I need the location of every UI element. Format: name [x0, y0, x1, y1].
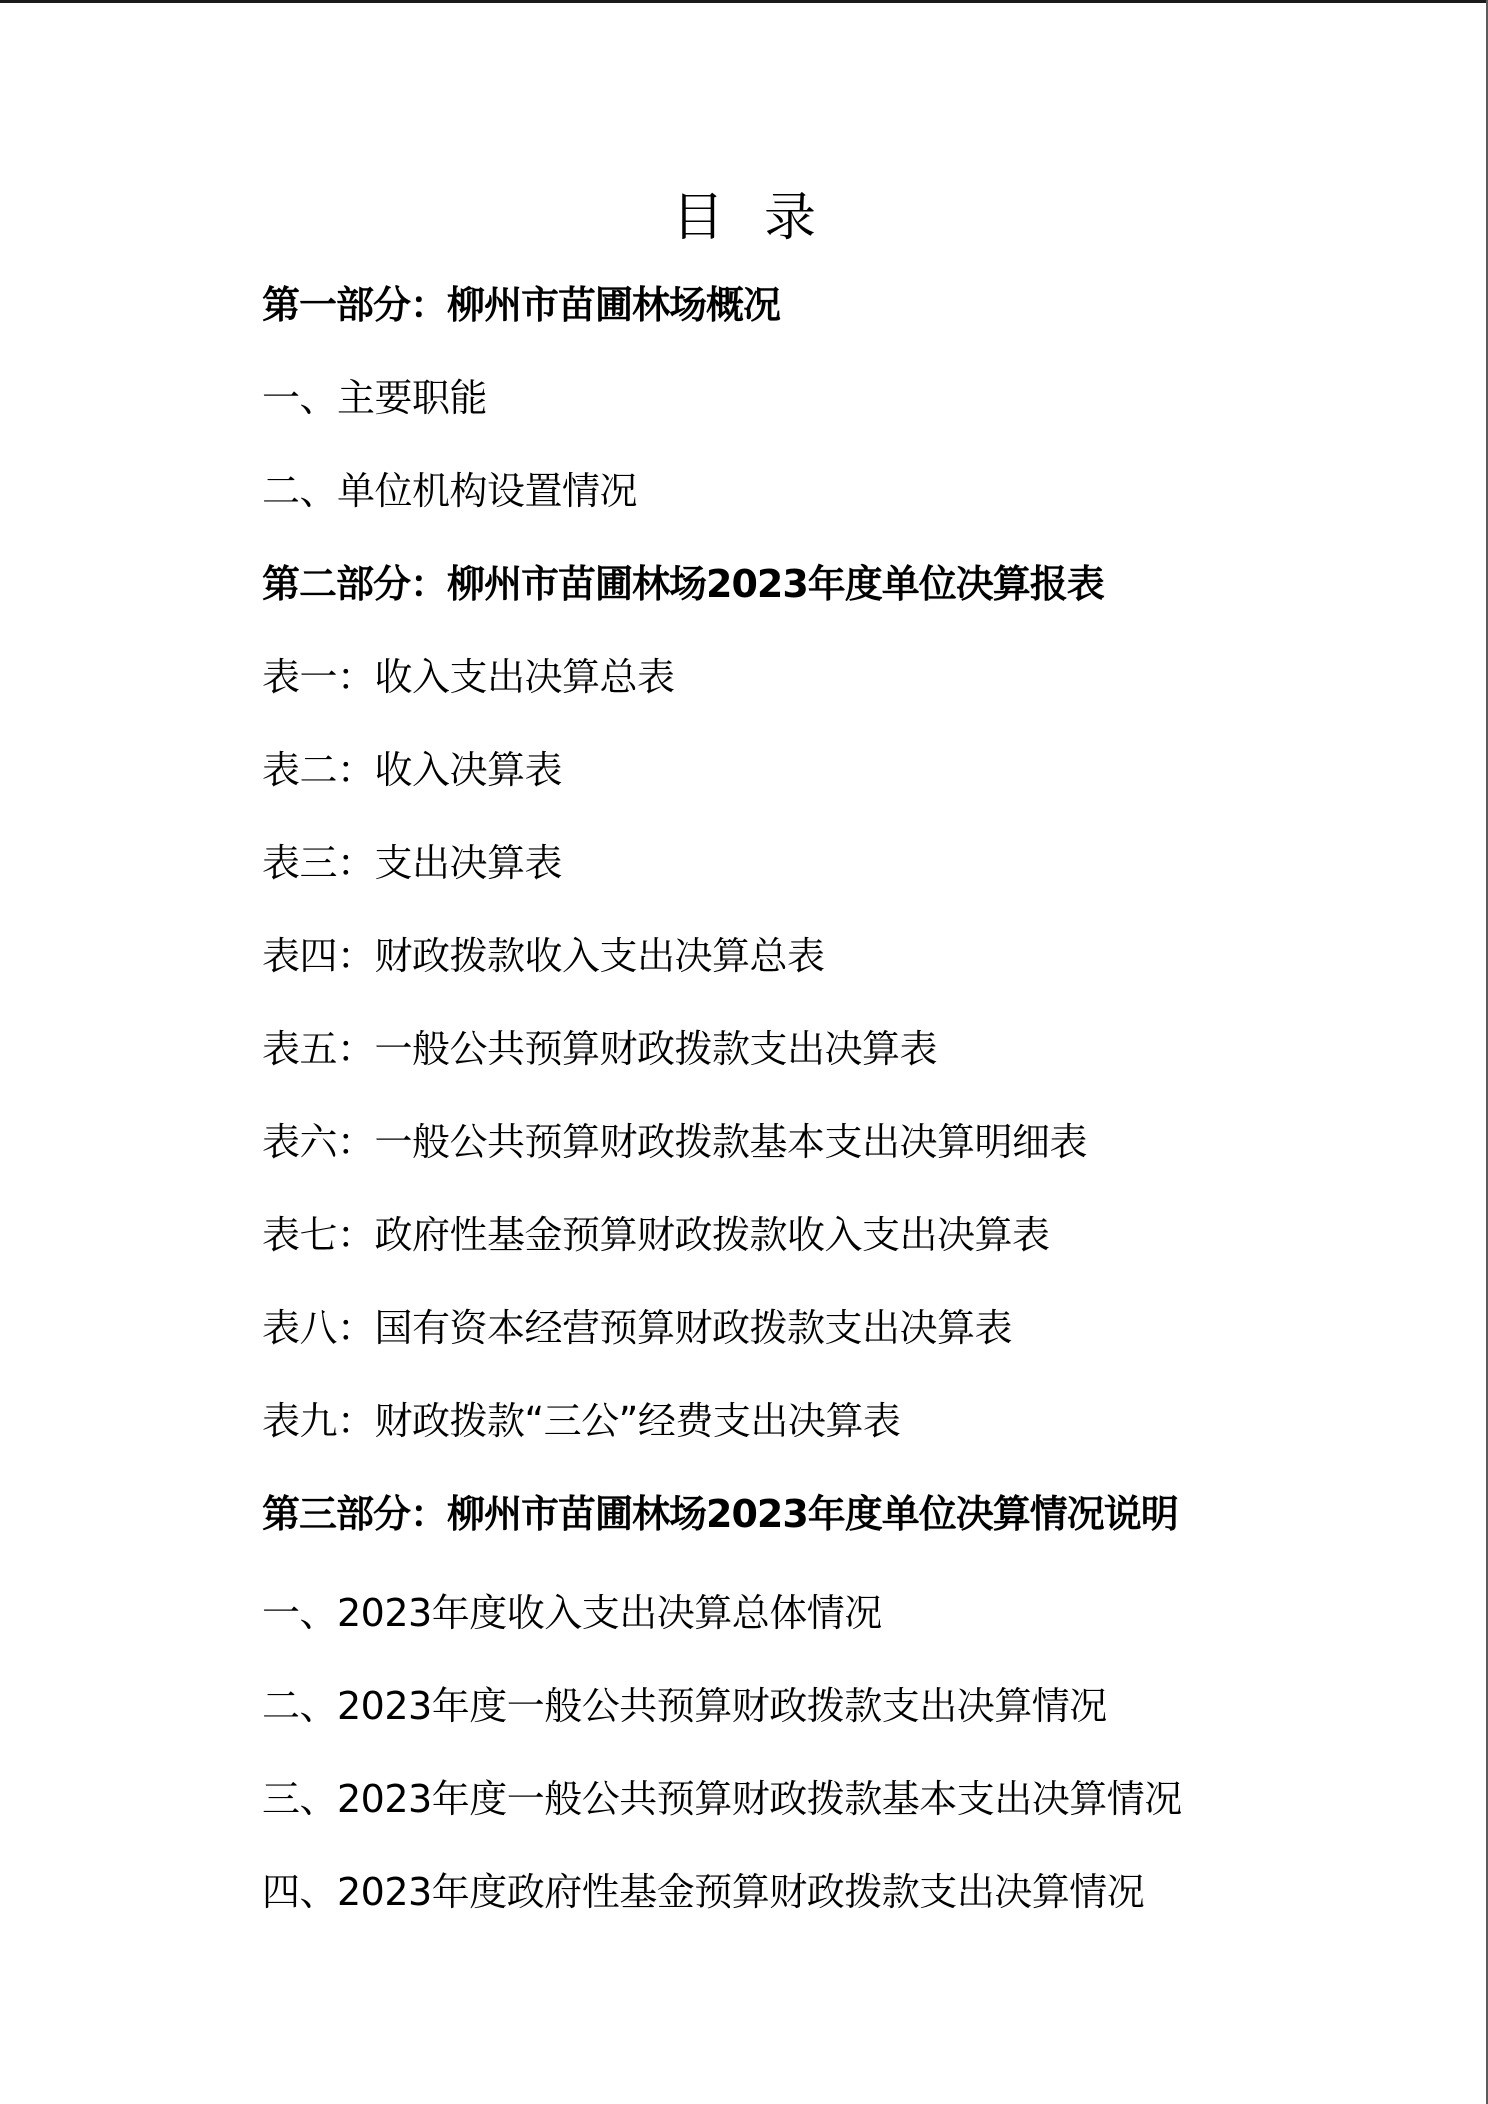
toc-item[interactable]: 表六：一般公共预算财政拨款基本支出决算明细表 [178, 1113, 1190, 1172]
toc-item[interactable]: 表八：国有资本经营预算财政拨款支出决算表 [178, 1299, 1190, 1358]
toc-item[interactable]: 三、2023年度一般公共预算财政拨款基本支出决算情况 [178, 1770, 1190, 1829]
toc-item[interactable]: 表九：财政拨款“三公”经费支出决算表 [178, 1392, 1190, 1451]
toc-item[interactable]: 一、主要职能 [178, 369, 1190, 428]
page-title: 目录 [0, 185, 1488, 251]
toc-heading-part-1[interactable]: 第一部分：柳州市苗圃林场概况 [178, 276, 1190, 335]
toc-item[interactable]: 四、2023年度政府性基金预算财政拨款支出决算情况 [178, 1863, 1190, 1922]
table-of-contents: 第一部分：柳州市苗圃林场概况 一、主要职能 二、单位机构设置情况 第二部分：柳州… [178, 276, 1190, 1956]
toc-item[interactable]: 表四：财政拨款收入支出决算总表 [178, 927, 1190, 986]
toc-item[interactable]: 表一：收入支出决算总表 [178, 648, 1190, 707]
document-page: 目录 第一部分：柳州市苗圃林场概况 一、主要职能 二、单位机构设置情况 第二部分… [0, 0, 1488, 2104]
toc-item[interactable]: 表三：支出决算表 [178, 834, 1190, 893]
toc-heading-part-2[interactable]: 第二部分：柳州市苗圃林场2023年度单位决算报表 [178, 555, 1190, 614]
toc-item[interactable]: 表七：政府性基金预算财政拨款收入支出决算表 [178, 1206, 1190, 1265]
title-char-2: 录 [764, 188, 816, 248]
page-top-border [0, 0, 1488, 3]
toc-item[interactable]: 表二：收入决算表 [178, 741, 1190, 800]
title-char-1: 目 [672, 188, 724, 248]
toc-item[interactable]: 一、2023年度收入支出决算总体情况 [178, 1584, 1190, 1643]
toc-heading-part-3[interactable]: 第三部分：柳州市苗圃林场2023年度单位决算情况说明 [178, 1485, 1190, 1544]
toc-item[interactable]: 二、2023年度一般公共预算财政拨款支出决算情况 [178, 1677, 1190, 1736]
toc-item[interactable]: 二、单位机构设置情况 [178, 462, 1190, 521]
toc-item[interactable]: 表五：一般公共预算财政拨款支出决算表 [178, 1020, 1190, 1079]
